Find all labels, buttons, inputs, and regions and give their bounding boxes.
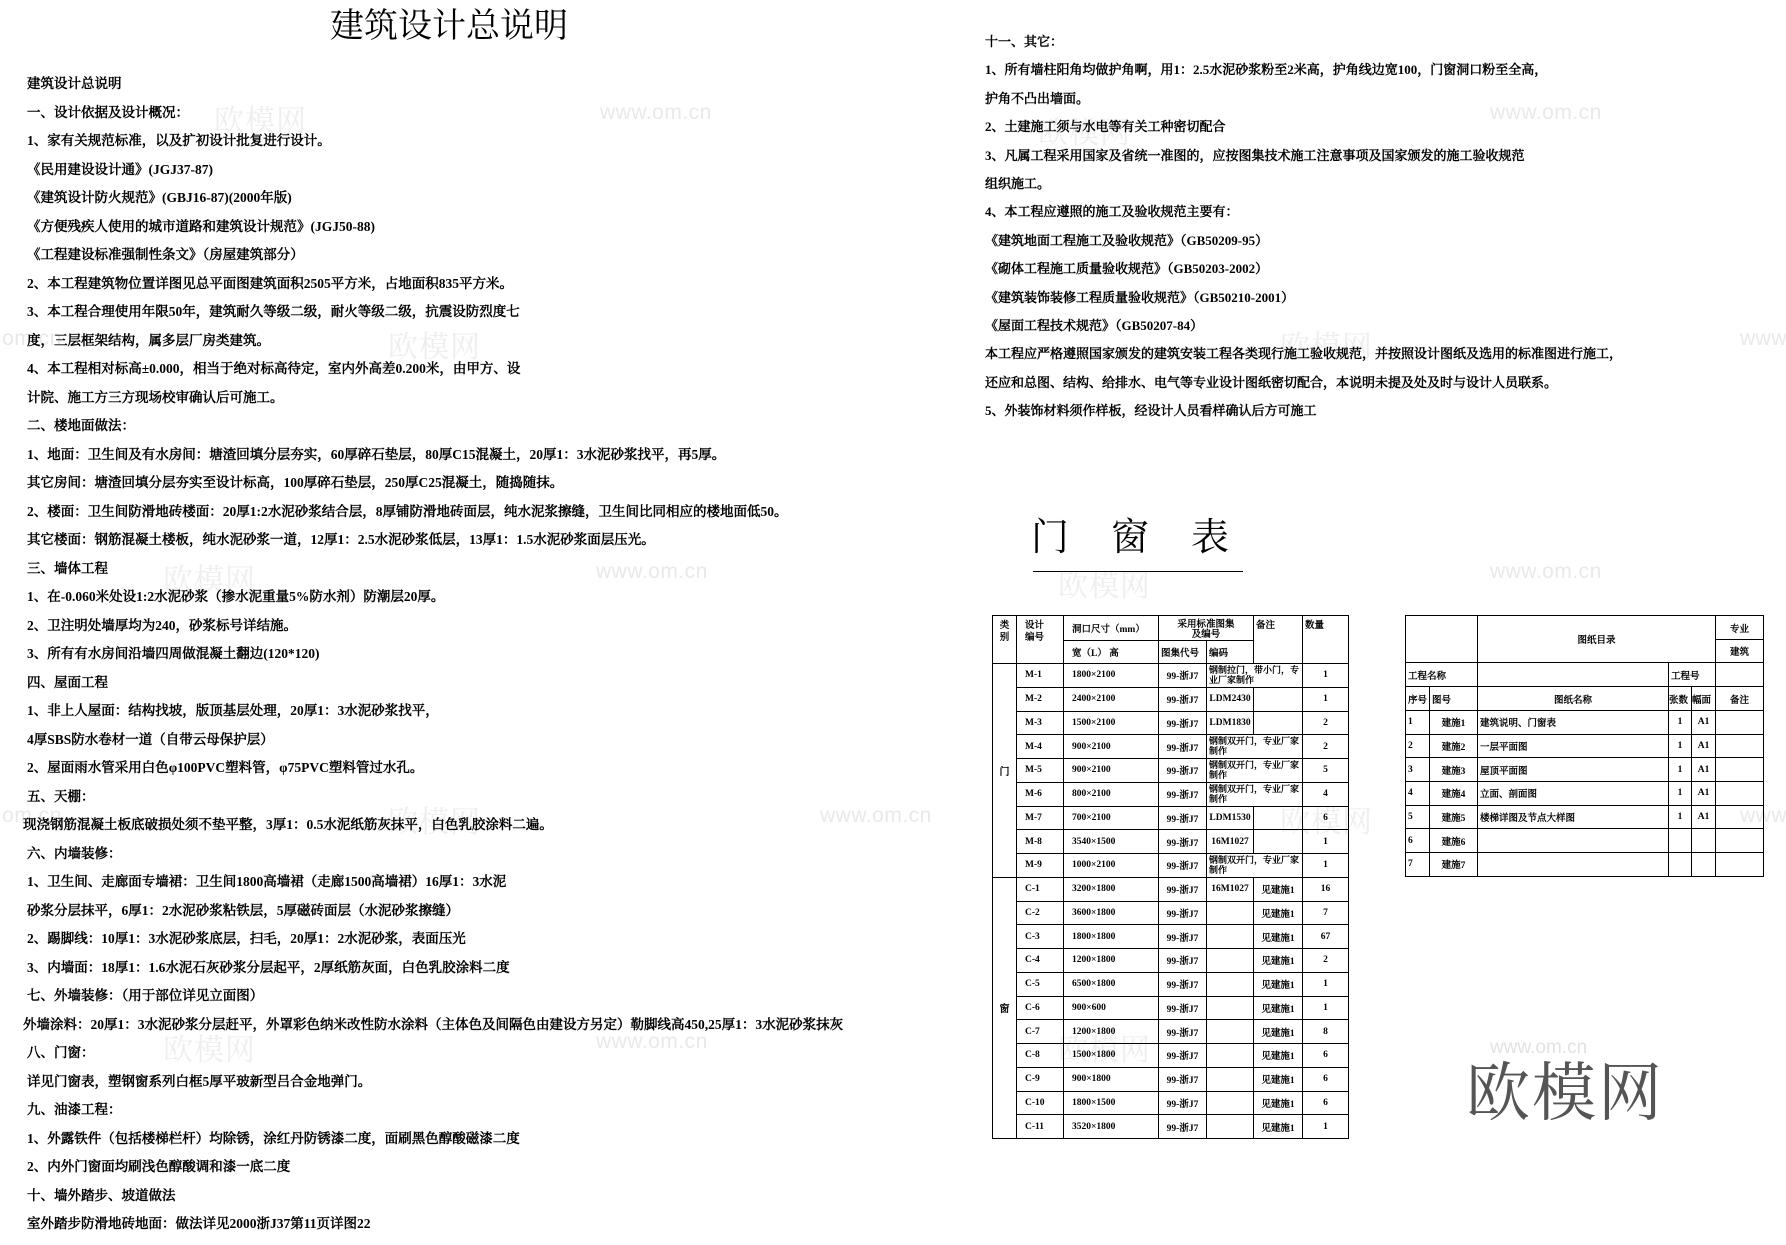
cell-code: C-6 (1017, 996, 1064, 1020)
cell-qty: 5 (1303, 759, 1349, 783)
note-line: 2、本工程建筑物位置详图见总平面图建筑面积2505平方米，占地面积835平方米。 (27, 270, 843, 299)
cell-atlas: 99-浙J7 (1159, 854, 1207, 878)
cell-code: C-3 (1017, 925, 1064, 949)
cell-qty: 4 (1303, 782, 1349, 806)
note-line: 十一、其它： (985, 28, 1622, 56)
note-line: 2、内外门窗面均刷浅色醇酸调和漆一底二度 (27, 1153, 843, 1182)
cell-seq: 1 (1406, 711, 1430, 735)
cell-remark (1716, 829, 1764, 853)
table-header-row: 工程名称 工程号 (1406, 663, 1764, 687)
cell-size: 900×2100 (1064, 735, 1159, 759)
note-line: 1、在-0.060米处设1:2水泥砂浆（掺水泥重量5%防水剂）防潮层20厚。 (27, 583, 843, 612)
cell-sheets: 1 (1669, 711, 1692, 735)
note-line: 1、外露铁件（包括楼梯栏杆）均除锈，涂红丹防锈漆二度，面刷黑色醇酸磁漆二度 (27, 1125, 843, 1154)
cell-remark (1716, 782, 1764, 806)
cell-atlas: 99-浙J7 (1159, 1020, 1207, 1044)
cell-seq: 3 (1406, 758, 1430, 782)
cell-seq: 2 (1406, 734, 1430, 758)
page-title: 建筑设计总说明 (330, 6, 568, 46)
project-name-label: 工程名称 (1406, 663, 1478, 687)
note-line: 《民用建设设计通》(JGJ37-87) (27, 156, 843, 185)
cell-code: C-10 (1017, 1091, 1064, 1115)
cell-code: C-5 (1017, 972, 1064, 996)
note-line: 五、天棚： (27, 783, 843, 812)
table-row: C-8 1500×1800 99-浙J7 见建施1 6 (993, 1044, 1349, 1068)
cell-note: 见建施1 (1254, 1067, 1303, 1091)
note-line: 3、内墙面：18厚1：1.6水泥石灰砂浆分层起平，2厚纸筋灰面，白色乳胶涂料二度 (27, 954, 843, 983)
cell-remark (1716, 758, 1764, 782)
note-line: 二、楼地面做法： (27, 412, 843, 441)
note-line: 本工程应严格遵照国家颁发的建筑安装工程各类现行施工验收规范，并按照设计图纸及选用… (985, 340, 1622, 368)
cell-note: 见建施1 (1254, 1091, 1303, 1115)
note-line: 《建筑装饰装修工程质量验收规范》（GB50210-2001） (985, 284, 1622, 312)
cell-qty: 2 (1303, 949, 1349, 973)
table-header-row: 序号 图号 图纸名称 张数 幅面 备注 (1406, 687, 1764, 711)
note-line: 4、本工程应遵照的施工及验收规范主要有： (985, 198, 1622, 226)
cell-size: A1 (1692, 734, 1716, 758)
cell-number (1207, 996, 1254, 1020)
cell-size: 900×1800 (1064, 1067, 1159, 1091)
cell-qty: 7 (1303, 901, 1349, 925)
cell-name: 建筑说明、门窗表 (1478, 711, 1669, 735)
header-size: 幅面 (1692, 687, 1716, 711)
cell-size: A1 (1692, 805, 1716, 829)
cell-atlas: 99-浙J7 (1159, 972, 1207, 996)
header-name: 图纸名称 (1478, 687, 1669, 711)
cell-qty: 16 (1303, 877, 1349, 901)
note-line: 4厚SBS防水卷材一道（自带云母保护层） (27, 726, 843, 755)
cell-qty: 6 (1303, 1091, 1349, 1115)
cell-number (1207, 1067, 1254, 1091)
note-line: 4、本工程相对标高±0.000，相当于绝对标高待定，室内外高差0.200米，由甲… (27, 355, 843, 384)
cell-qty: 67 (1303, 925, 1349, 949)
cell-name: 立面、剖面图 (1478, 782, 1669, 806)
cell-qty: 1 (1303, 996, 1349, 1020)
table-row: M-7 700×2100 99-浙J7 LDM1530 6 (993, 806, 1349, 830)
cell-number: LDM1530 (1207, 806, 1254, 830)
table-row: 3 建施3 屋顶平面图 1 A1 (1406, 758, 1764, 782)
cell-code: C-1 (1017, 877, 1064, 901)
cell-note: 钢制双开门，专业厂家制作 (1207, 735, 1303, 759)
cell-atlas: 99-浙J7 (1159, 949, 1207, 973)
note-line: 外墙涂料：20厚1：3水泥砂浆分层赶平，外罩彩色纳米改性防水涂料（主体色及间隔色… (23, 1011, 843, 1040)
project-no-label: 工程号 (1669, 663, 1716, 687)
cell-size: 1200×1800 (1064, 1020, 1159, 1044)
cell-atlas: 99-浙J7 (1159, 664, 1207, 688)
table-row: 6 建施6 (1406, 829, 1764, 853)
cell-size: 1000×2100 (1064, 854, 1159, 878)
cell-code: M-9 (1017, 854, 1064, 878)
cell-code: M-2 (1017, 687, 1064, 711)
cell-code: M-8 (1017, 830, 1064, 854)
table-row: M-8 3540×1500 99-浙J7 16M1027 1 (993, 830, 1349, 854)
table-row: C-4 1200×1800 99-浙J7 见建施1 2 (993, 949, 1349, 973)
watermark-logo: 欧模网 (1058, 561, 1151, 605)
cell-size: 1800×1800 (1064, 925, 1159, 949)
table-row: M-4 900×2100 99-浙J7 钢制双开门，专业厂家制作 2 (993, 735, 1349, 759)
title-underline (1033, 571, 1243, 572)
note-line: 室外踏步防滑地砖地面：做法详见2000浙J37第11页详图22 (27, 1210, 843, 1239)
note-line: 《屋面工程技术规范》（GB50207-84） (985, 312, 1622, 340)
table-row: C-9 900×1800 99-浙J7 见建施1 6 (993, 1067, 1349, 1091)
cell-qty: 1 (1303, 664, 1349, 688)
cell-qty: 1 (1303, 1115, 1349, 1139)
cell-code: C-4 (1017, 949, 1064, 973)
cell-number (1207, 925, 1254, 949)
note-line: 《工程建设标准强制性条文》（房屋建筑部分） (27, 241, 843, 270)
note-line: 详见门窗表，塑钢窗系列白框5厚平玻新型吕合金地弹门。 (27, 1068, 843, 1097)
cell-size: 1800×1500 (1064, 1091, 1159, 1115)
cell-sheets: 1 (1669, 782, 1692, 806)
note-line: 建筑设计总说明 (27, 70, 843, 99)
note-line: 组织施工。 (985, 170, 1622, 198)
cell-qty: 6 (1303, 1067, 1349, 1091)
cell-drawing-no: 建施3 (1430, 758, 1478, 782)
cell-atlas: 99-浙J7 (1159, 996, 1207, 1020)
cell-code: C-7 (1017, 1020, 1064, 1044)
cell-atlas: 99-浙J7 (1159, 711, 1207, 735)
cell-atlas: 99-浙J7 (1159, 1091, 1207, 1115)
cell-seq: 5 (1406, 805, 1430, 829)
header-standard-atlas: 采用标准图集 及编号 (1159, 616, 1254, 641)
cell-atlas: 99-浙J7 (1159, 901, 1207, 925)
note-line: 2、楼面：卫生间防滑地砖楼面：20厚1:2水泥砂浆结合层，8厚铺防滑地砖面层，纯… (27, 498, 843, 527)
cell-size: 1500×2100 (1064, 711, 1159, 735)
cell-sheets (1669, 853, 1692, 877)
table-row: 门 M-1 1800×2100 99-浙J7 钢制拉门，带小门，专业厂家制作 1 (993, 664, 1349, 688)
cell-number: 16M1027 (1207, 877, 1254, 901)
cell-atlas: 99-浙J7 (1159, 806, 1207, 830)
note-line: 《建筑地面工程施工及验收规范》（GB50209-95） (985, 227, 1622, 255)
note-line: 1、家有关规范标准，以及扩初设计批复进行设计。 (27, 127, 843, 156)
blank-cell (1406, 616, 1478, 663)
watermark-url: www.om.cn (1490, 560, 1602, 584)
cell-name: 屋顶平面图 (1478, 758, 1669, 782)
cell-note (1254, 830, 1303, 854)
cell-name: 一层平面图 (1478, 734, 1669, 758)
cell-code: M-4 (1017, 735, 1064, 759)
discipline-label: 专业 (1716, 616, 1764, 640)
cell-note: 见建施1 (1254, 996, 1303, 1020)
note-line: 《建筑设计防火规范》(GBJ16-87)(2000年版) (27, 184, 843, 213)
table-row: C-2 3600×1800 99-浙J7 见建施1 7 (993, 901, 1349, 925)
door-window-table: 类 别 设计 编号 洞口尺寸（mm） 采用标准图集 及编号 备注 数量 宽（L）… (992, 615, 1349, 1139)
note-line: 1、所有墙柱阳角均做护角啊，用1：2.5水泥砂浆粉至2米高，护角线边宽100，门… (985, 56, 1622, 84)
cell-note: 见建施1 (1254, 1020, 1303, 1044)
discipline-value: 建筑 (1716, 640, 1764, 663)
cell-number (1207, 1091, 1254, 1115)
cell-sheets: 1 (1669, 734, 1692, 758)
cell-code: C-11 (1017, 1115, 1064, 1139)
cell-size: 3600×1800 (1064, 901, 1159, 925)
group-door: 门 (993, 664, 1017, 878)
note-line: 护角不凸出墙面。 (985, 85, 1622, 113)
note-line: 其它楼面：钢筋混凝土楼板，纯水泥砂浆一道，12厚1：2.5水泥砂浆低层，13厚1… (27, 526, 843, 555)
note-line: 2、屋面雨水管采用白色φ100PVC塑料管，φ75PVC塑料管过水孔。 (27, 754, 843, 783)
note-line: 八、门窗： (27, 1039, 843, 1068)
cell-size: 900×600 (1064, 996, 1159, 1020)
cell-note: 见建施1 (1254, 925, 1303, 949)
cell-note: 见建施1 (1254, 1044, 1303, 1068)
note-line: 5、外装饰材料须作样板，经设计人员看样确认后方可施工 (985, 397, 1622, 425)
cell-note: 见建施1 (1254, 901, 1303, 925)
header-opening-size: 洞口尺寸（mm） (1064, 616, 1159, 641)
cell-number (1207, 901, 1254, 925)
table-header-row: 图纸目录 专业 (1406, 616, 1764, 640)
project-name-value (1478, 663, 1669, 687)
cell-drawing-no: 建施1 (1430, 711, 1478, 735)
cell-size: 700×2100 (1064, 806, 1159, 830)
cell-seq: 6 (1406, 829, 1430, 853)
cell-seq: 4 (1406, 782, 1430, 806)
cell-atlas: 99-浙J7 (1159, 877, 1207, 901)
cell-note: 见建施1 (1254, 949, 1303, 973)
header-remark: 备注 (1716, 687, 1764, 711)
cell-number: LDM2430 (1207, 687, 1254, 711)
header-drawing-no: 图号 (1430, 687, 1478, 711)
cell-name: 楼梯详图及节点大样图 (1478, 805, 1669, 829)
table-row: C-6 900×600 99-浙J7 见建施1 1 (993, 996, 1349, 1020)
cell-note: 见建施1 (1254, 877, 1303, 901)
cell-size: A1 (1692, 711, 1716, 735)
cell-atlas: 99-浙J7 (1159, 687, 1207, 711)
note-line: 度，三层框架结构，属多层厂房类建筑。 (27, 327, 843, 356)
table-row: M-9 1000×2100 99-浙J7 钢制双开门，专业厂家制作 1 (993, 854, 1349, 878)
cell-code: M-5 (1017, 759, 1064, 783)
note-line: 三、墙体工程 (27, 555, 843, 584)
cell-size (1692, 829, 1716, 853)
cell-qty: 2 (1303, 735, 1349, 759)
table-row: 2 建施2 一层平面图 1 A1 (1406, 734, 1764, 758)
table-row: 7 建施7 (1406, 853, 1764, 877)
cell-note: 钢制双开门，专业厂家制作 (1207, 759, 1303, 783)
cell-atlas: 99-浙J7 (1159, 1067, 1207, 1091)
header-seq: 序号 (1406, 687, 1430, 711)
cell-qty: 2 (1303, 711, 1349, 735)
table-row: C-10 1800×1500 99-浙J7 见建施1 6 (993, 1091, 1349, 1115)
note-line: 1、地面：卫生间及有水房间：塘渣回填分层夯实，60厚碎石垫层，80厚C15混凝土… (27, 441, 843, 470)
cell-number (1207, 1044, 1254, 1068)
note-line: 其它房间：塘渣回填分层夯实至设计标高，100厚碎石垫层，250厚C25混凝土，随… (27, 469, 843, 498)
note-line: 2、踢脚线：10厚1：3水泥砂浆底层，扫毛，20厚1：2水泥砂浆，表面压光 (27, 925, 843, 954)
table-row: M-2 2400×2100 99-浙J7 LDM2430 1 (993, 687, 1349, 711)
drawing-list-table: 图纸目录 专业 建筑 工程名称 工程号 序号 图号 图纸名称 张数 幅面 备注 … (1405, 615, 1764, 877)
cell-code: M-1 (1017, 664, 1064, 688)
cell-number (1207, 972, 1254, 996)
cell-size: 6500×1800 (1064, 972, 1159, 996)
table-row: C-11 3520×1800 99-浙J7 见建施1 1 (993, 1115, 1349, 1139)
cell-note (1254, 687, 1303, 711)
table-row: 4 建施4 立面、剖面图 1 A1 (1406, 782, 1764, 806)
note-line: 3、本工程合理使用年限50年，建筑耐久等级二级，耐火等级二级，抗震设防烈度七 (27, 298, 843, 327)
group-window: 窗 (993, 877, 1017, 1138)
cell-qty: 6 (1303, 806, 1349, 830)
cell-size: A1 (1692, 782, 1716, 806)
cell-name (1478, 829, 1669, 853)
cell-qty: 1 (1303, 972, 1349, 996)
cell-note (1254, 806, 1303, 830)
cell-note: 见建施1 (1254, 972, 1303, 996)
cell-qty: 1 (1303, 830, 1349, 854)
cell-code: C-9 (1017, 1067, 1064, 1091)
cell-code: M-7 (1017, 806, 1064, 830)
cell-atlas: 99-浙J7 (1159, 782, 1207, 806)
cell-remark (1716, 734, 1764, 758)
note-line: 2、土建施工须与水电等有关工种密切配合 (985, 113, 1622, 141)
cell-qty: 1 (1303, 854, 1349, 878)
cell-sheets: 1 (1669, 805, 1692, 829)
cell-atlas: 99-浙J7 (1159, 830, 1207, 854)
table-row: 5 建施5 楼梯详图及节点大样图 1 A1 (1406, 805, 1764, 829)
note-line: 现浇钢筋混凝土板底破损处须不垫平整，3厚1：0.5水泥纸筋灰抹平，白色乳胶涂料二… (23, 811, 843, 840)
cell-number (1207, 1115, 1254, 1139)
cell-remark (1716, 853, 1764, 877)
cell-size (1692, 853, 1716, 877)
cell-code: M-6 (1017, 782, 1064, 806)
cell-size: 800×2100 (1064, 782, 1159, 806)
note-line: 六、内墙装修： (27, 840, 843, 869)
note-line: 九、油漆工程： (27, 1096, 843, 1125)
left-notes: 建筑设计总说明 一、设计依据及设计概况： 1、家有关规范标准，以及扩初设计批复进… (27, 70, 843, 1239)
cell-atlas: 99-浙J7 (1159, 735, 1207, 759)
right-notes: 十一、其它： 1、所有墙柱阳角均做护角啊，用1：2.5水泥砂浆粉至2米高，护角线… (985, 28, 1622, 425)
drawing-list-title: 图纸目录 (1478, 616, 1716, 663)
cell-size: 3540×1500 (1064, 830, 1159, 854)
note-line: 《方便残疾人使用的城市道路和建筑设计规范》(JGJ50-88) (27, 213, 843, 242)
cell-remark (1716, 711, 1764, 735)
header-quantity: 数量 (1303, 616, 1349, 664)
cell-number (1207, 1020, 1254, 1044)
cell-qty: 1 (1303, 687, 1349, 711)
cell-size: 1500×1800 (1064, 1044, 1159, 1068)
header-number: 编码 (1207, 641, 1254, 664)
note-line: 1、卫生间、走廊面专墙裙：卫生间1800高墙裙（走廊1500高墙裙）16厚1：3… (27, 868, 843, 897)
note-line: 砂浆分层抹平，6厚1：2水泥砂浆粘铁层，5厚磁砖面层（水泥砂浆擦缝） (27, 897, 843, 926)
cell-drawing-no: 建施5 (1430, 805, 1478, 829)
header-design-code: 设计 编号 (1017, 616, 1064, 664)
cell-code: M-3 (1017, 711, 1064, 735)
note-line: 还应和总图、结构、给排水、电气等专业设计图纸密切配合，本说明未提及处及时与设计人… (985, 369, 1622, 397)
note-line: 3、所有有水房间沿墙四周做混凝土翻边(120*120) (27, 640, 843, 669)
cell-atlas: 99-浙J7 (1159, 759, 1207, 783)
cell-sheets (1669, 829, 1692, 853)
cell-remark (1716, 805, 1764, 829)
cell-size: 900×2100 (1064, 759, 1159, 783)
table-row: 1 建施1 建筑说明、门窗表 1 A1 (1406, 711, 1764, 735)
title-char: 窗 (1111, 514, 1149, 560)
cell-code: C-2 (1017, 901, 1064, 925)
cell-sheets: 1 (1669, 758, 1692, 782)
table-row: C-5 6500×1800 99-浙J7 见建施1 1 (993, 972, 1349, 996)
cell-qty: 6 (1303, 1044, 1349, 1068)
cell-drawing-no: 建施7 (1430, 853, 1478, 877)
cell-atlas: 99-浙J7 (1159, 925, 1207, 949)
cell-size: A1 (1692, 758, 1716, 782)
cell-number (1207, 949, 1254, 973)
table-row: M-3 1500×2100 99-浙J7 LDM1830 2 (993, 711, 1349, 735)
cell-number: 16M1027 (1207, 830, 1254, 854)
cell-size: 2400×2100 (1064, 687, 1159, 711)
cell-seq: 7 (1406, 853, 1430, 877)
table-row: M-6 800×2100 99-浙J7 钢制双开门，专业厂家制作 4 (993, 782, 1349, 806)
cell-drawing-no: 建施4 (1430, 782, 1478, 806)
cell-atlas: 99-浙J7 (1159, 1044, 1207, 1068)
cell-name (1478, 853, 1669, 877)
cell-note: 钢制拉门，带小门，专业厂家制作 (1207, 664, 1303, 688)
header-remark: 备注 (1254, 616, 1303, 664)
header-sheets: 张数 (1669, 687, 1692, 711)
header-size-sub: 宽（L） 高 (1064, 641, 1159, 664)
cell-size: 1200×1800 (1064, 949, 1159, 973)
cell-size: 3200×1800 (1064, 877, 1159, 901)
table-row: C-7 1200×1800 99-浙J7 见建施1 8 (993, 1020, 1349, 1044)
note-line: 1、非上人屋面：结构找坡，版顶基层处理，20厚1：3水泥砂浆找平， (27, 697, 843, 726)
watermark-url: www.om.cn (1740, 327, 1786, 351)
header-atlas-code: 图集代号 (1159, 641, 1207, 664)
cell-note: 钢制双开门，专业厂家制作 (1207, 782, 1303, 806)
table-row: 窗 C-1 3200×1800 99-浙J7 16M1027 见建施1 16 (993, 877, 1349, 901)
header-category: 类 别 (993, 616, 1017, 664)
project-no-value (1716, 663, 1764, 687)
table-row: C-3 1800×1800 99-浙J7 见建施1 67 (993, 925, 1349, 949)
cell-note: 见建施1 (1254, 1115, 1303, 1139)
cell-drawing-no: 建施2 (1430, 734, 1478, 758)
table-row: M-5 900×2100 99-浙J7 钢制双开门，专业厂家制作 5 (993, 759, 1349, 783)
cell-note (1254, 711, 1303, 735)
cell-number: LDM1830 (1207, 711, 1254, 735)
note-line: 一、设计依据及设计概况： (27, 99, 843, 128)
note-line: 计院、施工方三方现场校审确认后可施工。 (27, 384, 843, 413)
title-char: 门 (1031, 514, 1069, 560)
cell-code: C-8 (1017, 1044, 1064, 1068)
cell-note: 钢制双开门，专业厂家制作 (1207, 854, 1303, 878)
cell-size: 1800×2100 (1064, 664, 1159, 688)
note-line: 2、卫注明处墙厚均为240，砂浆标号详结施。 (27, 612, 843, 641)
note-line: 四、屋面工程 (27, 669, 843, 698)
cell-drawing-no: 建施6 (1430, 829, 1478, 853)
title-char: 表 (1191, 514, 1229, 560)
cell-size: 3520×1800 (1064, 1115, 1159, 1139)
cell-atlas: 99-浙J7 (1159, 1115, 1207, 1139)
note-line: 七、外墙装修：（用于部位详见立面图） (27, 982, 843, 1011)
brand-logo: 欧模网 (1466, 1052, 1664, 1136)
note-line: 十、墙外踏步、坡道做法 (27, 1182, 843, 1211)
note-line: 《砌体工程施工质量验收规范》（GB50203-2002） (985, 255, 1622, 283)
note-line: 3、凡属工程采用国家及省统一准图的，应按图集技术施工注意事项及国家颁发的施工验收… (985, 142, 1622, 170)
table-header-row: 类 别 设计 编号 洞口尺寸（mm） 采用标准图集 及编号 备注 数量 (993, 616, 1349, 641)
cell-qty: 8 (1303, 1020, 1349, 1044)
